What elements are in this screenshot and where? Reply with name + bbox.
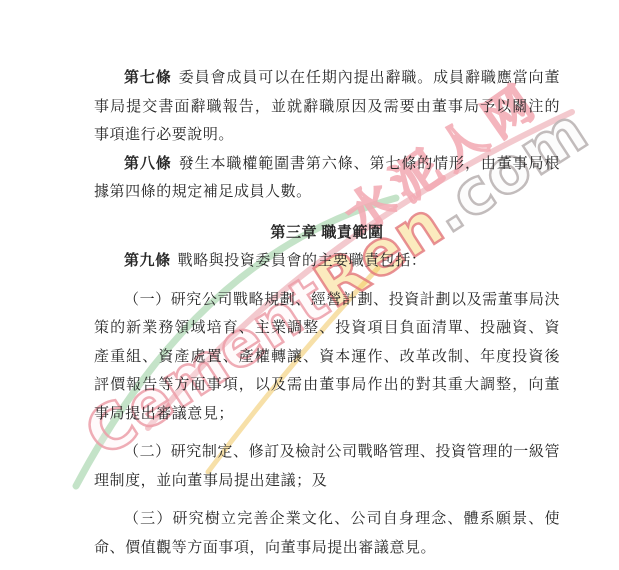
article-9-label: 第九條 (124, 253, 171, 269)
article-9-paragraph: 第九條戰略與投資委員會的主要職責包括： (94, 247, 560, 276)
article-7-paragraph: 第七條委員會成員可以在任期內提出辭職。成員辭職應當向董事局提交書面辭職報告，並就… (94, 64, 560, 150)
duty-item-1: （一）研究公司戰略規劃、經營計劃、投資計劃以及需董事局決策的新業務領域培育、主業… (94, 286, 560, 429)
document-page: { "page": { "background": "#ffffff", "te… (0, 0, 619, 570)
article-8-paragraph: 第八條發生本職權範圍書第六條、第七條的情形，由董事局根據第四條的規定補足成員人數… (94, 150, 560, 207)
duty-item-3: （三）研究樹立完善企業文化、公司自身理念、體系願景、使命、價值觀等方面事項，向董… (94, 505, 560, 562)
article-9-text: 戰略與投資委員會的主要職責包括： (178, 253, 427, 269)
article-8-label: 第八條 (124, 156, 172, 172)
duty-item-2: （二）研究制定、修訂及檢討公司戰略管理、投資管理的一級管理制度，並向董事局提出建… (94, 438, 560, 495)
chapter-heading: 第三章 職責範圍 (94, 219, 560, 248)
article-7-label: 第七條 (124, 70, 172, 86)
document-body: 第七條委員會成員可以在任期內提出辭職。成員辭職應當向董事局提交書面辭職報告，並就… (94, 64, 560, 562)
